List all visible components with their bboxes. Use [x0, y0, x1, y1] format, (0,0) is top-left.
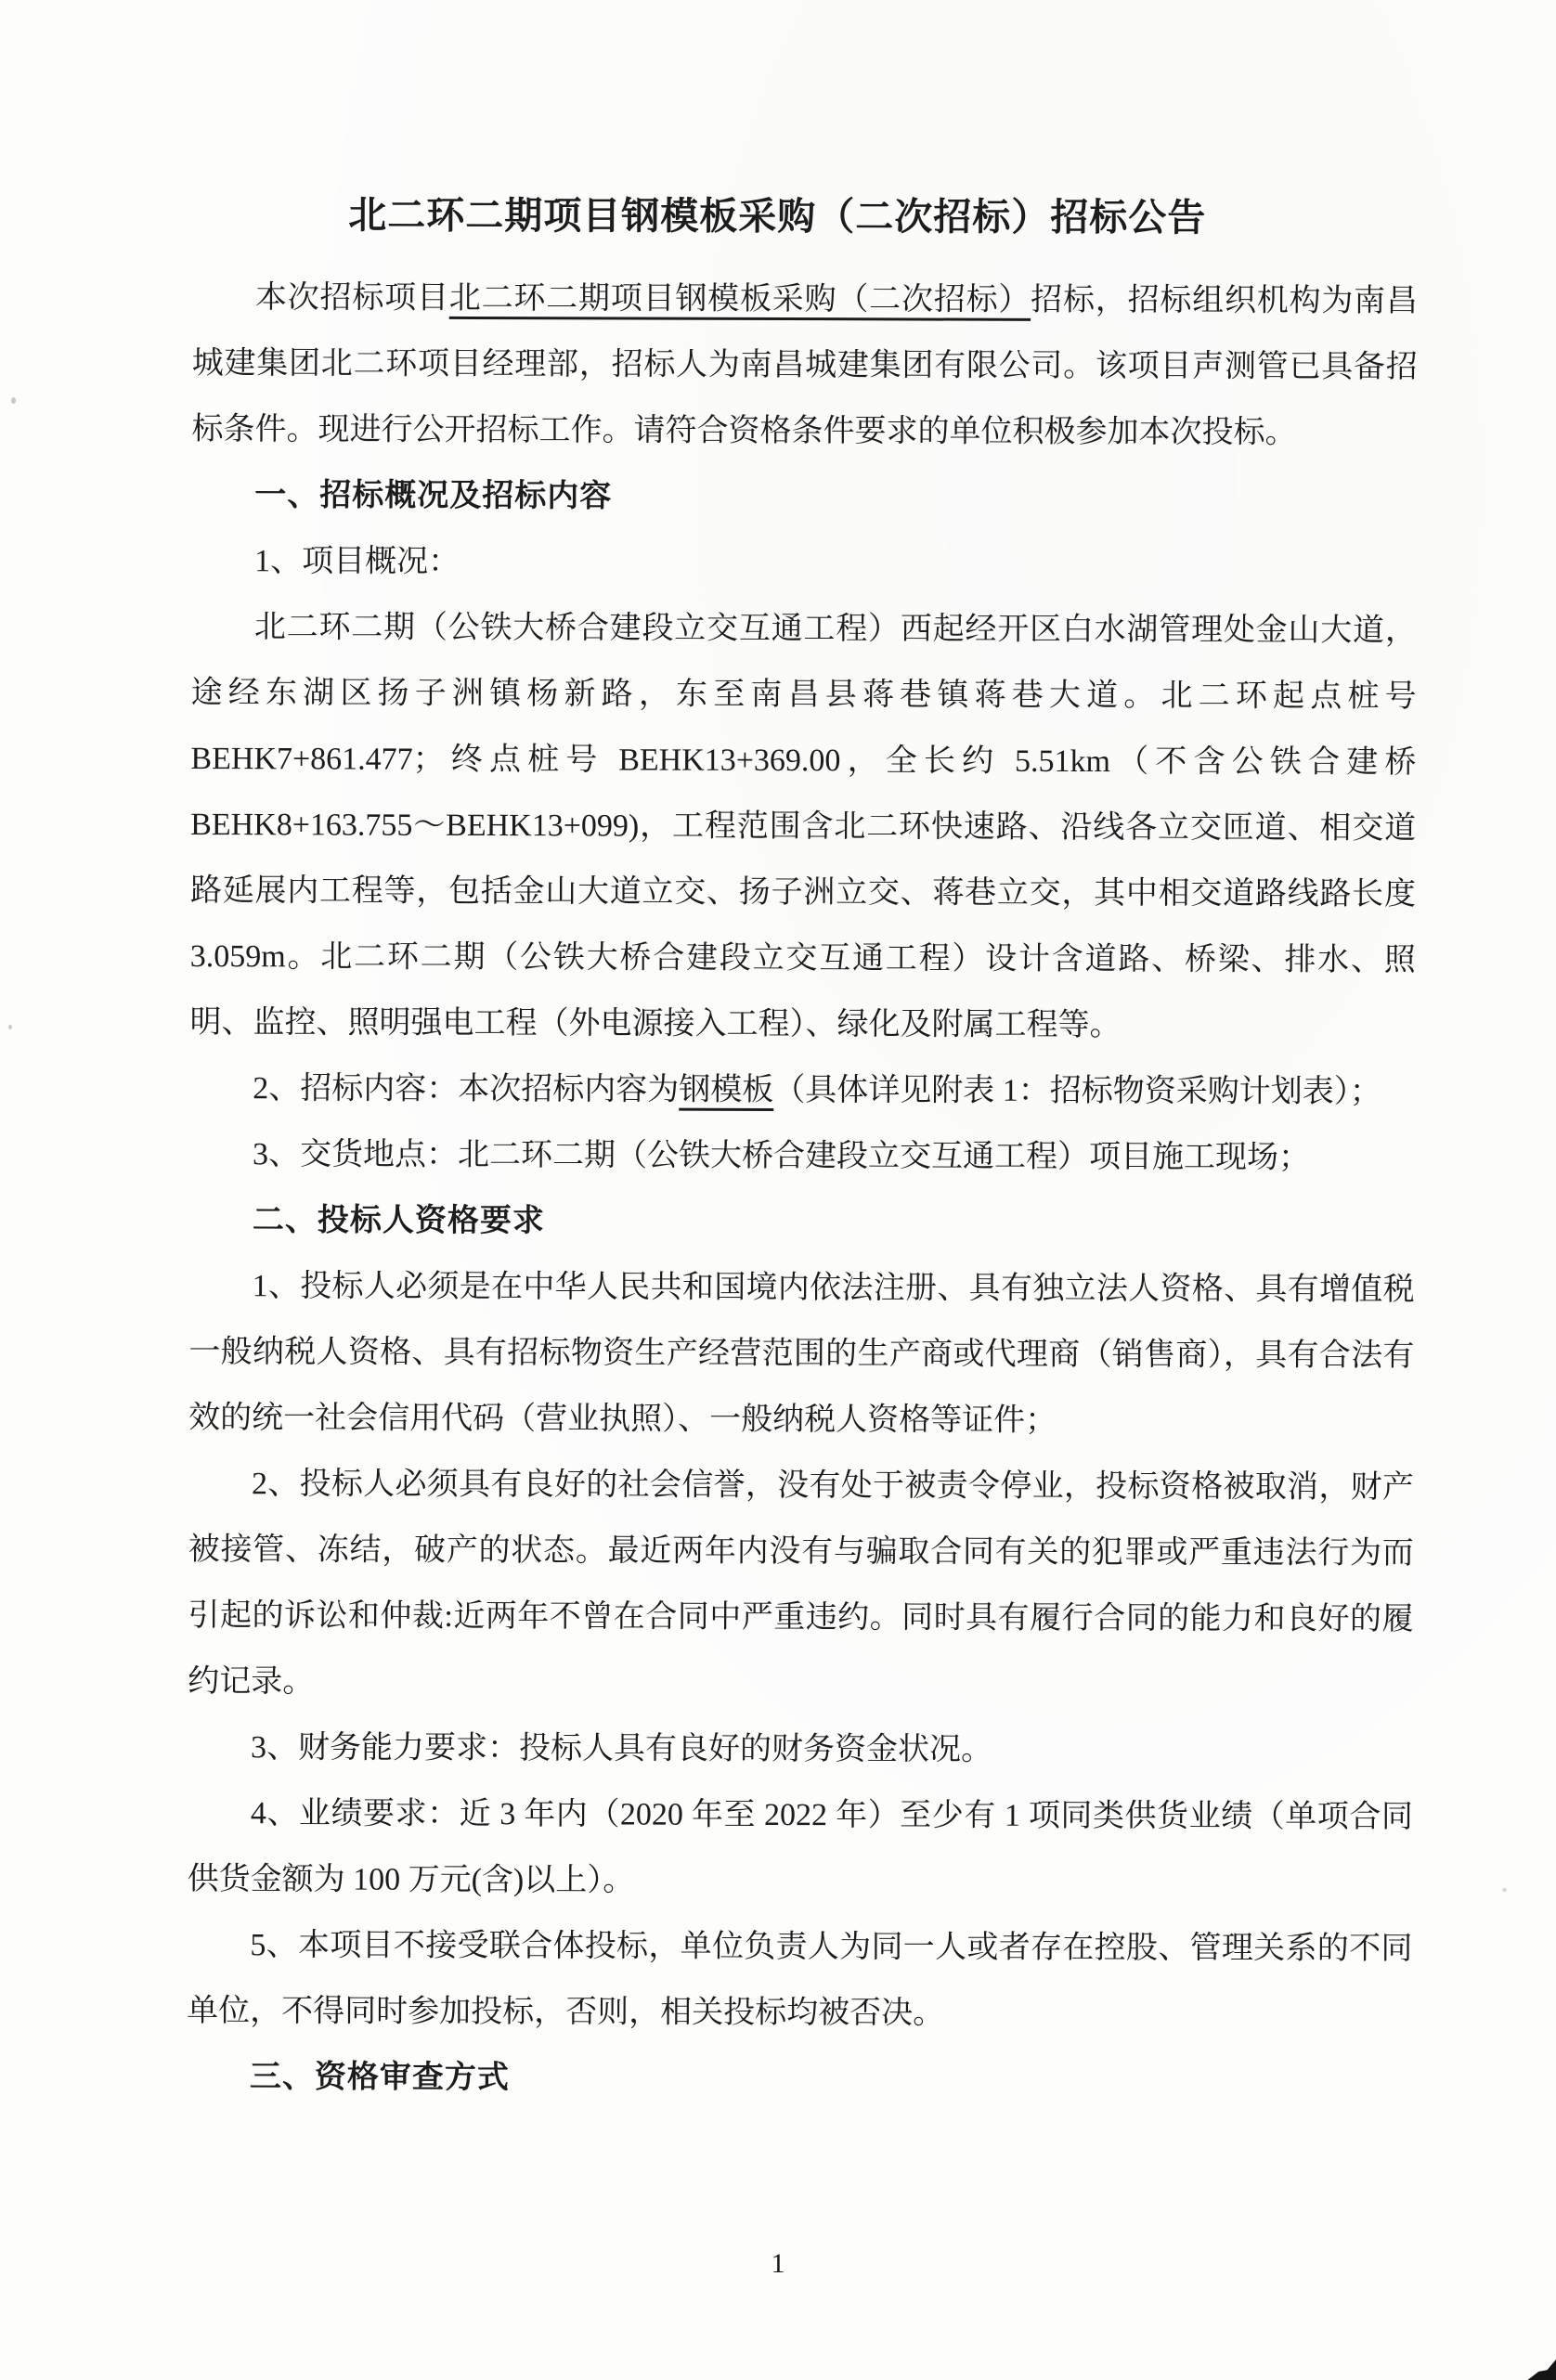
paragraph: 4、业绩要求：近 3 年内（2020 年至 2022 年）至少有 1 项同类供货… — [188, 1780, 1413, 1916]
paragraph: 本次招标项目北二环二期项目钢模板采购（二次招标）招标，招标组织机构为南昌城建集团… — [191, 265, 1418, 466]
text-run: 3、交货地点：北二环二期（公铁大桥合建段立交互通工程）项目施工现场； — [253, 1137, 1310, 1175]
paragraph: 北二环二期（公铁大桥合建段立交互通工程）西起经开区白水湖管理处金山大道，途经东湖… — [189, 594, 1417, 1059]
section-heading: 二、投标人资格要求 — [189, 1187, 1415, 1257]
text-run: 2、招标内容：本次招标内容为 — [253, 1071, 679, 1106]
text-run: 本次招标项目 — [255, 280, 449, 316]
paragraph: 3、交货地点：北二环二期（公铁大桥合建段立交互通工程）项目施工现场； — [189, 1121, 1415, 1191]
scan-speck — [11, 397, 16, 404]
text-run: 北二环二期（公铁大桥合建段立交互通工程）西起经开区白水湖管理处金山大道，途经东湖… — [189, 610, 1416, 1042]
document-content: 北二环二期项目钢模板采购（二次招标）招标公告 本次招标项目北二环二期项目钢模板采… — [0, 0, 1556, 2115]
text-run: 1、项目概况： — [254, 544, 460, 579]
page-number: 1 — [0, 2248, 1556, 2280]
paragraph: 2、投标人必须具有良好的社会信誉，没有处于被责令停业，投标资格被取消，财产被接管… — [188, 1451, 1414, 1718]
text-run: 三、资格审查方式 — [250, 2059, 510, 2095]
document-body: 本次招标项目北二环二期项目钢模板采购（二次招标）招标，招标组织机构为南昌城建集团… — [187, 265, 1418, 2114]
section-heading: 三、资格审查方式 — [187, 2044, 1412, 2114]
text-run: 一、招标概况及招标内容 — [254, 477, 612, 513]
text-run: 4、业绩要求：近 3 年内（2020 年至 2022 年）至少有 1 项同类供货… — [188, 1796, 1413, 1897]
paragraph: 3、财务能力要求：投标人具有良好的财务资金状况。 — [188, 1714, 1413, 1784]
underlined-text: 钢模板 — [679, 1073, 773, 1107]
section-heading: 一、招标概况及招标内容 — [191, 462, 1417, 532]
text-run: 5、本项目不接受联合体投标，单位负责人为同一人或者存在控股、管理关系的不同单位，… — [187, 1928, 1412, 2030]
text-run: 3、财务能力要求：投标人具有良好的财务资金状况。 — [251, 1730, 992, 1767]
scan-speck — [1502, 1888, 1507, 1892]
text-run: 二、投标人资格要求 — [253, 1202, 545, 1238]
paragraph: 1、项目概况： — [191, 528, 1417, 598]
paragraph: 2、招标内容：本次招标内容为钢模板（具体详见附表 1：招标物资采购计划表）； — [189, 1055, 1415, 1125]
paragraph: 5、本项目不接受联合体投标，单位负责人为同一人或者存在控股、管理关系的不同单位，… — [187, 1912, 1412, 2048]
underlined-text: 北二环二期项目钢模板采购（二次招标） — [449, 281, 1031, 317]
scan-speck — [8, 1025, 12, 1029]
text-run: 1、投标人必须是在中华人民共和国境内依法注册、具有独立法人资格、具有增值税一般纳… — [188, 1269, 1415, 1438]
text-run: （具体详见附表 1：招标物资采购计划表）； — [773, 1073, 1381, 1109]
paragraph: 1、投标人必须是在中华人民共和国境内依法注册、具有独立法人资格、具有增值税一般纳… — [188, 1253, 1415, 1455]
scan-corner-artifact — [1524, 2358, 1556, 2380]
text-run: 2、投标人必须具有良好的社会信誉，没有处于被责令停业，投标资格被取消，财产被接管… — [188, 1467, 1414, 1699]
document-title: 北二环二期项目钢模板采购（二次招标）招标公告 — [0, 0, 1556, 243]
scanned-document-page: 北二环二期项目钢模板采购（二次招标）招标公告 本次招标项目北二环二期项目钢模板采… — [0, 0, 1556, 2380]
